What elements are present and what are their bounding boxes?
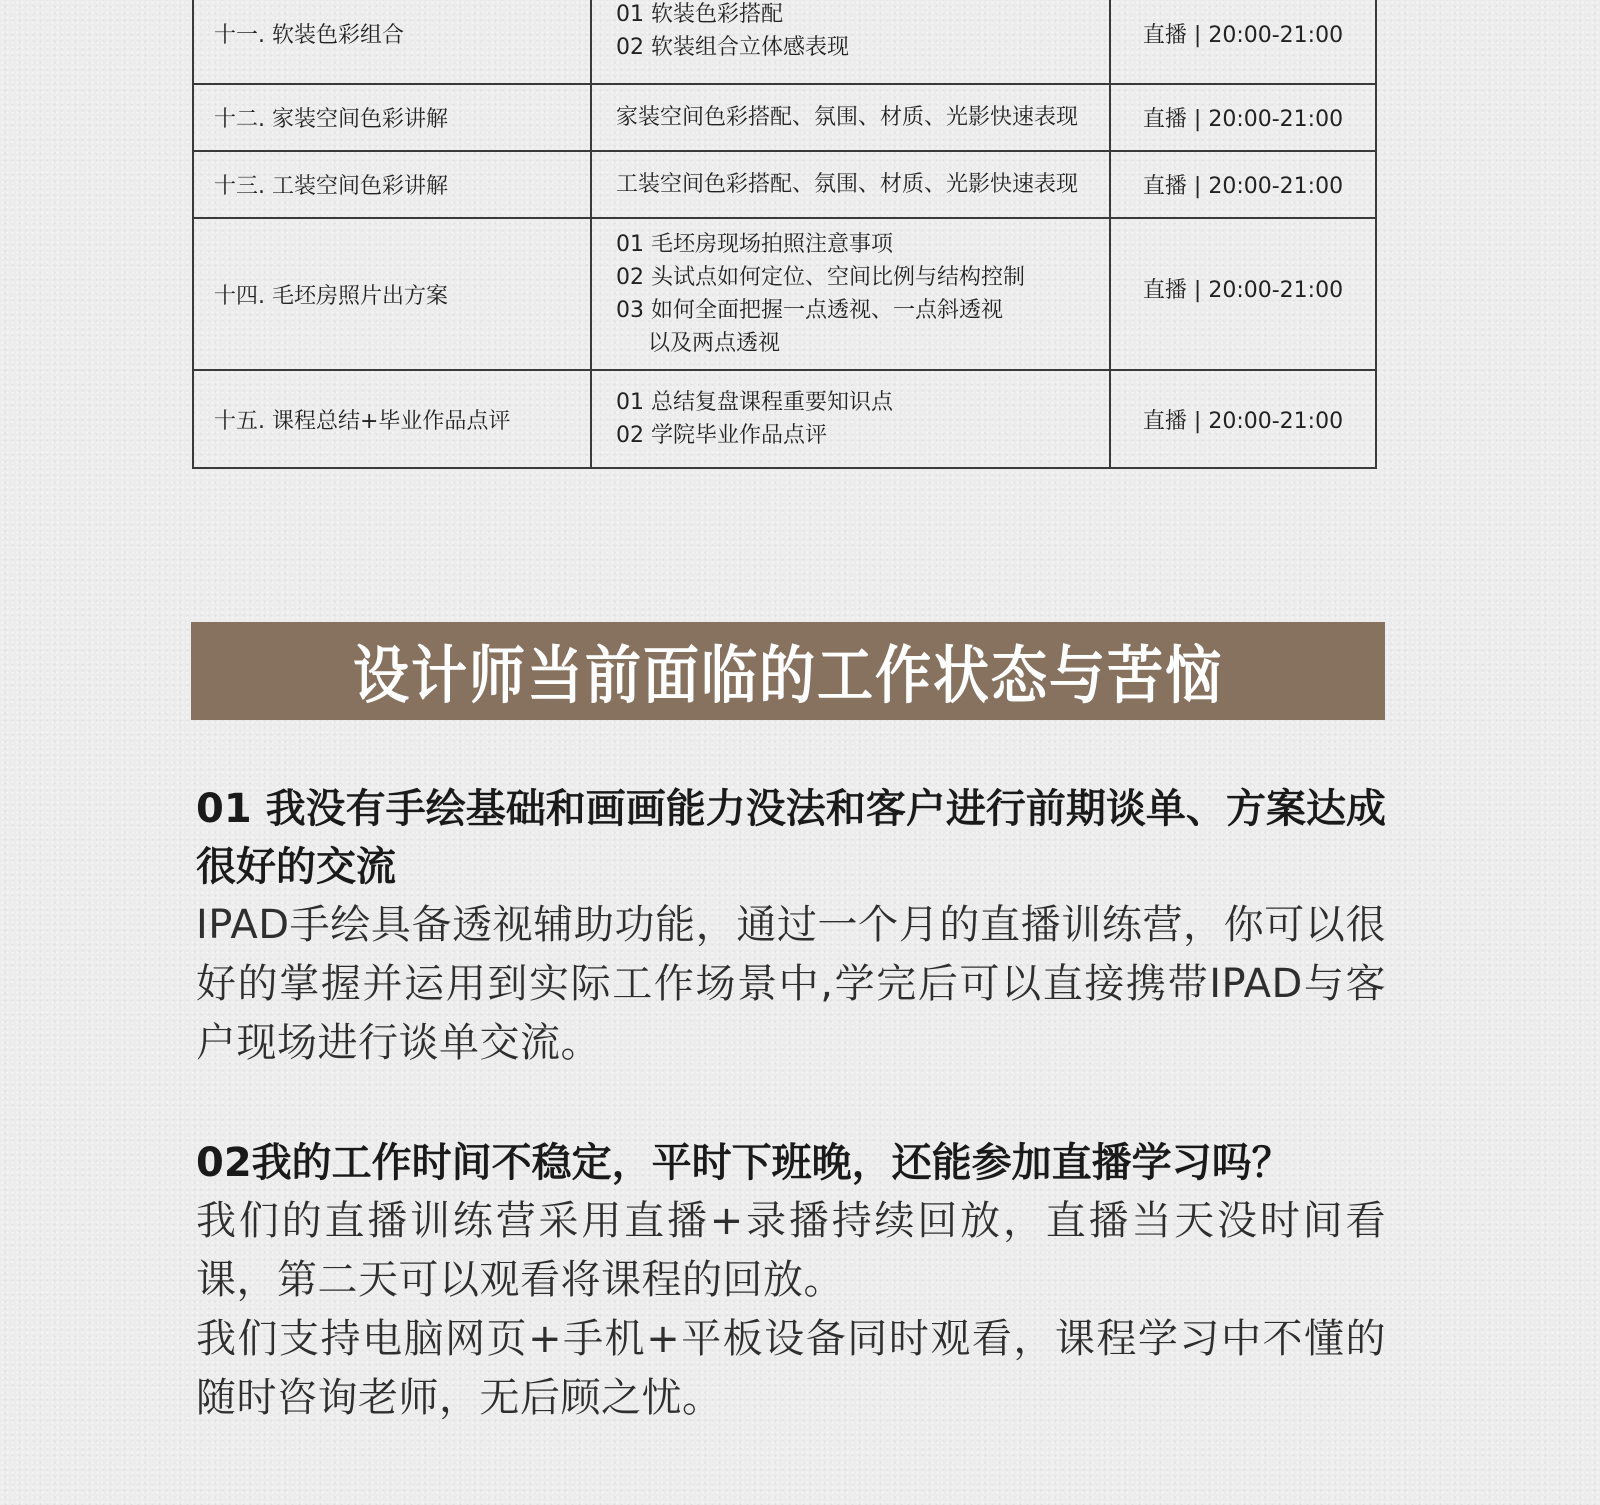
- lesson-title-cell: 十四. 毛坯房照片出方案: [193, 218, 591, 370]
- lesson-topic: 02 学院毕业作品点评: [616, 419, 1109, 452]
- lesson-title-cell: 十一. 软装色彩组合: [193, 0, 591, 84]
- qa-question: 01 我没有手绘基础和画画能力没法和客户进行前期谈单、方案达成很好的交流: [196, 780, 1386, 896]
- lesson-topic: 01 毛坯房现场拍照注意事项: [616, 228, 1109, 261]
- qa-item-1: 01 我没有手绘基础和画画能力没法和客户进行前期谈单、方案达成很好的交流 IPA…: [196, 780, 1386, 1073]
- lesson-content-cell: 家装空间色彩搭配、氛围、材质、光影快速表现: [591, 84, 1110, 151]
- section-banner: 设计师当前面临的工作状态与苦恼: [191, 622, 1385, 720]
- schedule-row-15: 十五. 课程总结+毕业作品点评 01 总结复盘课程重要知识点 02 学院毕业作品…: [193, 370, 1376, 468]
- lesson-topic-continued: 以及两点透视: [616, 327, 1109, 360]
- lesson-time: 直播 | 20:00-21:00: [1143, 174, 1343, 199]
- lesson-title: 十三. 工装空间色彩讲解: [214, 174, 448, 199]
- qa-answer-paragraph: IPAD手绘具备透视辅助功能，通过一个月的直播训练营，你可以很好的掌握并运用到实…: [196, 896, 1386, 1073]
- lesson-title: 十一. 软装色彩组合: [214, 0, 590, 49]
- lesson-content-cell: 01 软装色彩搭配 02 软装组合立体感表现: [591, 0, 1110, 84]
- qa-answer-paragraph: 我们支持电脑网页+手机+平板设备同时观看，课程学习中不懂的随时咨询老师，无后顾之…: [196, 1310, 1386, 1428]
- lesson-content-cell: 01 总结复盘课程重要知识点 02 学院毕业作品点评: [591, 370, 1110, 468]
- lesson-time: 直播 | 20:00-21:00: [1143, 409, 1343, 434]
- lesson-content-cell: 工装空间色彩搭配、氛围、材质、光影快速表现: [591, 151, 1110, 218]
- lesson-topic: 家装空间色彩搭配、氛围、材质、光影快速表现: [616, 101, 1109, 134]
- lesson-title: 十五. 课程总结+毕业作品点评: [214, 409, 510, 434]
- course-schedule-table: 十一. 软装色彩组合 01 软装色彩搭配 02 软装组合立体感表现 直播 | 2…: [192, 0, 1377, 469]
- lesson-title-cell: 十三. 工装空间色彩讲解: [193, 151, 591, 218]
- lesson-title-cell: 十二. 家装空间色彩讲解: [193, 84, 591, 151]
- lesson-time-cell: 直播 | 20:00-21:00: [1110, 0, 1376, 84]
- lesson-time-cell: 直播 | 20:00-21:00: [1110, 151, 1376, 218]
- lesson-time-cell: 直播 | 20:00-21:00: [1110, 370, 1376, 468]
- lesson-topic: 01 总结复盘课程重要知识点: [616, 386, 1109, 419]
- lesson-time: 直播 | 20:00-21:00: [1143, 107, 1343, 132]
- lesson-topic: 02 头试点如何定位、空间比例与结构控制: [616, 261, 1109, 294]
- lesson-topic: 02 软装组合立体感表现: [616, 31, 1109, 64]
- lesson-topic: 工装空间色彩搭配、氛围、材质、光影快速表现: [616, 168, 1109, 201]
- qa-answer-paragraph: 我们的直播训练营采用直播+录播持续回放，直播当天没时间看课，第二天可以观看将课程…: [196, 1192, 1386, 1310]
- lesson-title: 十四. 毛坯房照片出方案: [214, 284, 448, 309]
- schedule-row-13: 十三. 工装空间色彩讲解 工装空间色彩搭配、氛围、材质、光影快速表现 直播 | …: [193, 151, 1376, 218]
- schedule-row-11: 十一. 软装色彩组合 01 软装色彩搭配 02 软装组合立体感表现 直播 | 2…: [193, 0, 1376, 84]
- lesson-topic: 03 如何全面把握一点透视、一点斜透视: [616, 294, 1109, 327]
- qa-answer: IPAD手绘具备透视辅助功能，通过一个月的直播训练营，你可以很好的掌握并运用到实…: [196, 896, 1386, 1073]
- schedule-row-14: 十四. 毛坯房照片出方案 01 毛坯房现场拍照注意事项 02 头试点如何定位、空…: [193, 218, 1376, 370]
- schedule-row-12: 十二. 家装空间色彩讲解 家装空间色彩搭配、氛围、材质、光影快速表现 直播 | …: [193, 84, 1376, 151]
- qa-item-2: 02我的工作时间不稳定，平时下班晚，还能参加直播学习吗？ 我们的直播训练营采用直…: [196, 1134, 1386, 1428]
- qa-question: 02我的工作时间不稳定，平时下班晚，还能参加直播学习吗？: [196, 1134, 1386, 1192]
- lesson-topic: 01 软装色彩搭配: [616, 0, 1109, 31]
- lesson-time-cell: 直播 | 20:00-21:00: [1110, 84, 1376, 151]
- lesson-time-cell: 直播 | 20:00-21:00: [1110, 218, 1376, 370]
- lesson-content-cell: 01 毛坯房现场拍照注意事项 02 头试点如何定位、空间比例与结构控制 03 如…: [591, 218, 1110, 370]
- lesson-title: 十二. 家装空间色彩讲解: [214, 107, 448, 132]
- lesson-time: 直播 | 20:00-21:00: [1111, 0, 1375, 49]
- qa-answer: 我们的直播训练营采用直播+录播持续回放，直播当天没时间看课，第二天可以观看将课程…: [196, 1192, 1386, 1428]
- lesson-time: 直播 | 20:00-21:00: [1143, 278, 1343, 303]
- section-title: 设计师当前面临的工作状态与苦恼: [353, 626, 1223, 716]
- lesson-title-cell: 十五. 课程总结+毕业作品点评: [193, 370, 591, 468]
